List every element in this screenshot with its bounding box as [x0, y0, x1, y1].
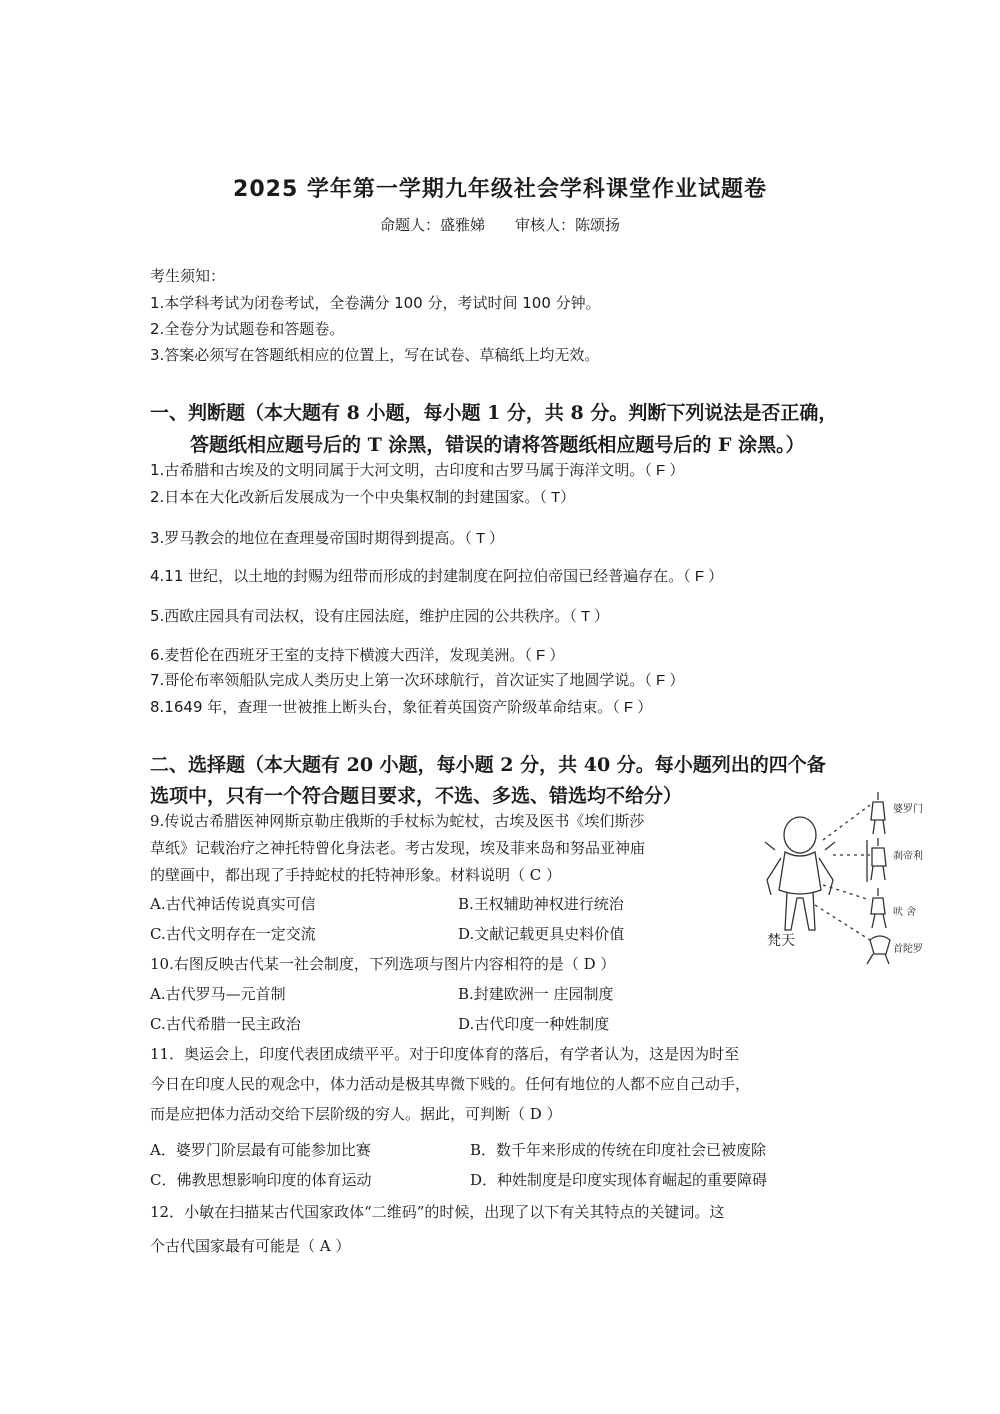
- caste-label-brahmin: 婆罗门: [893, 800, 923, 815]
- author-label: 命题人：盛雅娣: [380, 216, 485, 234]
- tf-question-1: 1.古希腊和古埃及的文明同属于大河文明，古印度和古罗马属于海洋文明。（ F ）: [150, 459, 684, 480]
- notice-item: 3.答案必须写在答题纸相应的位置上，写在试卷、草稿纸上均无效。: [150, 344, 599, 365]
- answer-mark: （ F ）: [644, 462, 684, 479]
- q10-option-d: D.古代印度一种姓制度: [458, 1013, 609, 1034]
- caste-label-shudra: 首陀罗: [893, 940, 923, 955]
- q12-stem: 个古代国家最有可能是（ A ）: [150, 1235, 350, 1256]
- q10-stem: 10.右图反映古代某一社会制度，下列选项与图片内容相符的是（ D ）: [150, 953, 615, 974]
- q11-option-d: D．种姓制度是印度实现体育崛起的重要障碍: [470, 1169, 767, 1190]
- q11-option-a: A．婆罗门阶层最有可能参加比赛: [150, 1139, 371, 1160]
- page-title: 2025 学年第一学期九年级社会学科课堂作业试题卷: [0, 172, 1000, 203]
- section1-heading-cont: 答题纸相应题号后的 T 涂黑，错误的请将答题纸相应题号后的 F 涂黑。）: [190, 430, 805, 457]
- tf-question-5: 5.西欧庄园具有司法权，设有庄园法庭，维护庄园的公共秩序。（ T ）: [150, 605, 609, 626]
- answer-mark: （ T ）: [464, 530, 504, 547]
- q9-option-b: B.王权辅助神权进行统治: [458, 893, 624, 914]
- brahma-label: 梵天: [767, 930, 795, 950]
- q9-stem: 草纸》记载治疗之神托特曾化身法老。考古发现，埃及菲来岛和努品亚神庙: [150, 837, 645, 858]
- notice-item: 2.全卷分为试题卷和答题卷。: [150, 318, 344, 339]
- q10-option-b: B.封建欧洲一 庄园制度: [458, 983, 614, 1004]
- answer-mark: （ F ）: [524, 647, 564, 664]
- q11-stem: 11．奥运会上，印度代表团成绩平平。对于印度体育的落后，有学者认为，这是因为时至: [150, 1043, 739, 1064]
- q9-option-c: C.古代文明存在一定交流: [150, 923, 316, 944]
- q9-stem: 的壁画中，都出现了手持蛇杖的托特神形象。材料说明（ C ）: [150, 864, 561, 885]
- q10-option-a: A.古代罗马—元首制: [150, 983, 286, 1004]
- q11-option-c: C．佛教思想影响印度的体育运动: [150, 1169, 371, 1190]
- authors-line: 命题人：盛雅娣审核人：陈颂扬: [0, 214, 1000, 235]
- tf-question-6: 6.麦哲伦在西班牙王室的支持下横渡大西洋，发现美洲。（ F ）: [150, 644, 564, 665]
- q11-stem: 今日在印度人民的观念中，体力活动是极其卑微下贱的。任何有地位的人都不应自己动手，: [150, 1073, 750, 1094]
- reviewer-label: 审核人：陈颂扬: [515, 216, 620, 234]
- q11-option-b: B．数千年来形成的传统在印度社会已被废除: [470, 1139, 766, 1160]
- q9-option-d: D.文献记载更具史料价值: [458, 923, 624, 944]
- caste-label-kshatriya: 刹帝利: [893, 847, 923, 862]
- q9-stem: 9.传说古希腊医神网斯京勒庄俄斯的手杖标为蛇杖，古埃及医书《埃们斯莎: [150, 810, 644, 831]
- q10-option-c: C.古代希腊一民主政治: [150, 1013, 301, 1034]
- notice-heading: 考生须知：: [150, 265, 225, 286]
- answer-mark: （ F ）: [683, 568, 723, 585]
- answer-mark: （ F ）: [644, 672, 684, 689]
- tf-question-2: 2.日本在大化改新后发展成为一个中央集权制的封建国家。（ T）: [150, 486, 575, 507]
- caste-label-vaishya: 吠 舍: [893, 903, 916, 918]
- section1-heading: 一、判断题（本大题有 8 小题，每小题 1 分，共 8 分。判断下列说法是否正确…: [150, 398, 837, 425]
- notice-item: 1.本学科考试为闭卷考试，全卷满分 100 分，考试时间 100 分钟。: [150, 292, 601, 313]
- answer-mark: （ T ）: [569, 608, 609, 625]
- tf-question-7: 7.哥伦布率领船队完成人类历史上第一次环球航行，首次证实了地圆学说。（ F ）: [150, 669, 684, 690]
- section2-heading: 二、选择题（本大题有 20 小题，每小题 2 分，共 40 分。每小题列出的四个…: [150, 750, 826, 777]
- tf-question-3: 3.罗马教会的地位在查理曼帝国时期得到提高。（ T ）: [150, 527, 504, 548]
- tf-question-8: 8.1649 年，查理一世被推上断头台，象征着英国资产阶级革命结束。（ F ）: [150, 696, 652, 717]
- tf-question-4: 4.11 世纪，以土地的封赐为纽带而形成的封建制度在阿拉伯帝国已经普遍存在。（ …: [150, 565, 723, 586]
- answer-mark: （ T）: [539, 489, 575, 506]
- q9-option-a: A.古代神话传说真实可信: [150, 893, 316, 914]
- answer-mark: （ F ）: [612, 699, 652, 716]
- q12-stem: 12．小敏在扫描某古代国家政体“二维码”的时候，出现了以下有关其特点的关键词。这: [150, 1201, 724, 1222]
- q11-stem: 而是应把体力活动交给下层阶级的穷人。据此，可判断（ D ）: [150, 1103, 562, 1124]
- caste-system-figure: 梵天 婆罗门 刹帝利 吠 舍 首陀罗: [745, 780, 940, 975]
- section2-heading-cont: 选项中，只有一个符合题目要求，不选、多选、错选均不给分）: [150, 781, 682, 808]
